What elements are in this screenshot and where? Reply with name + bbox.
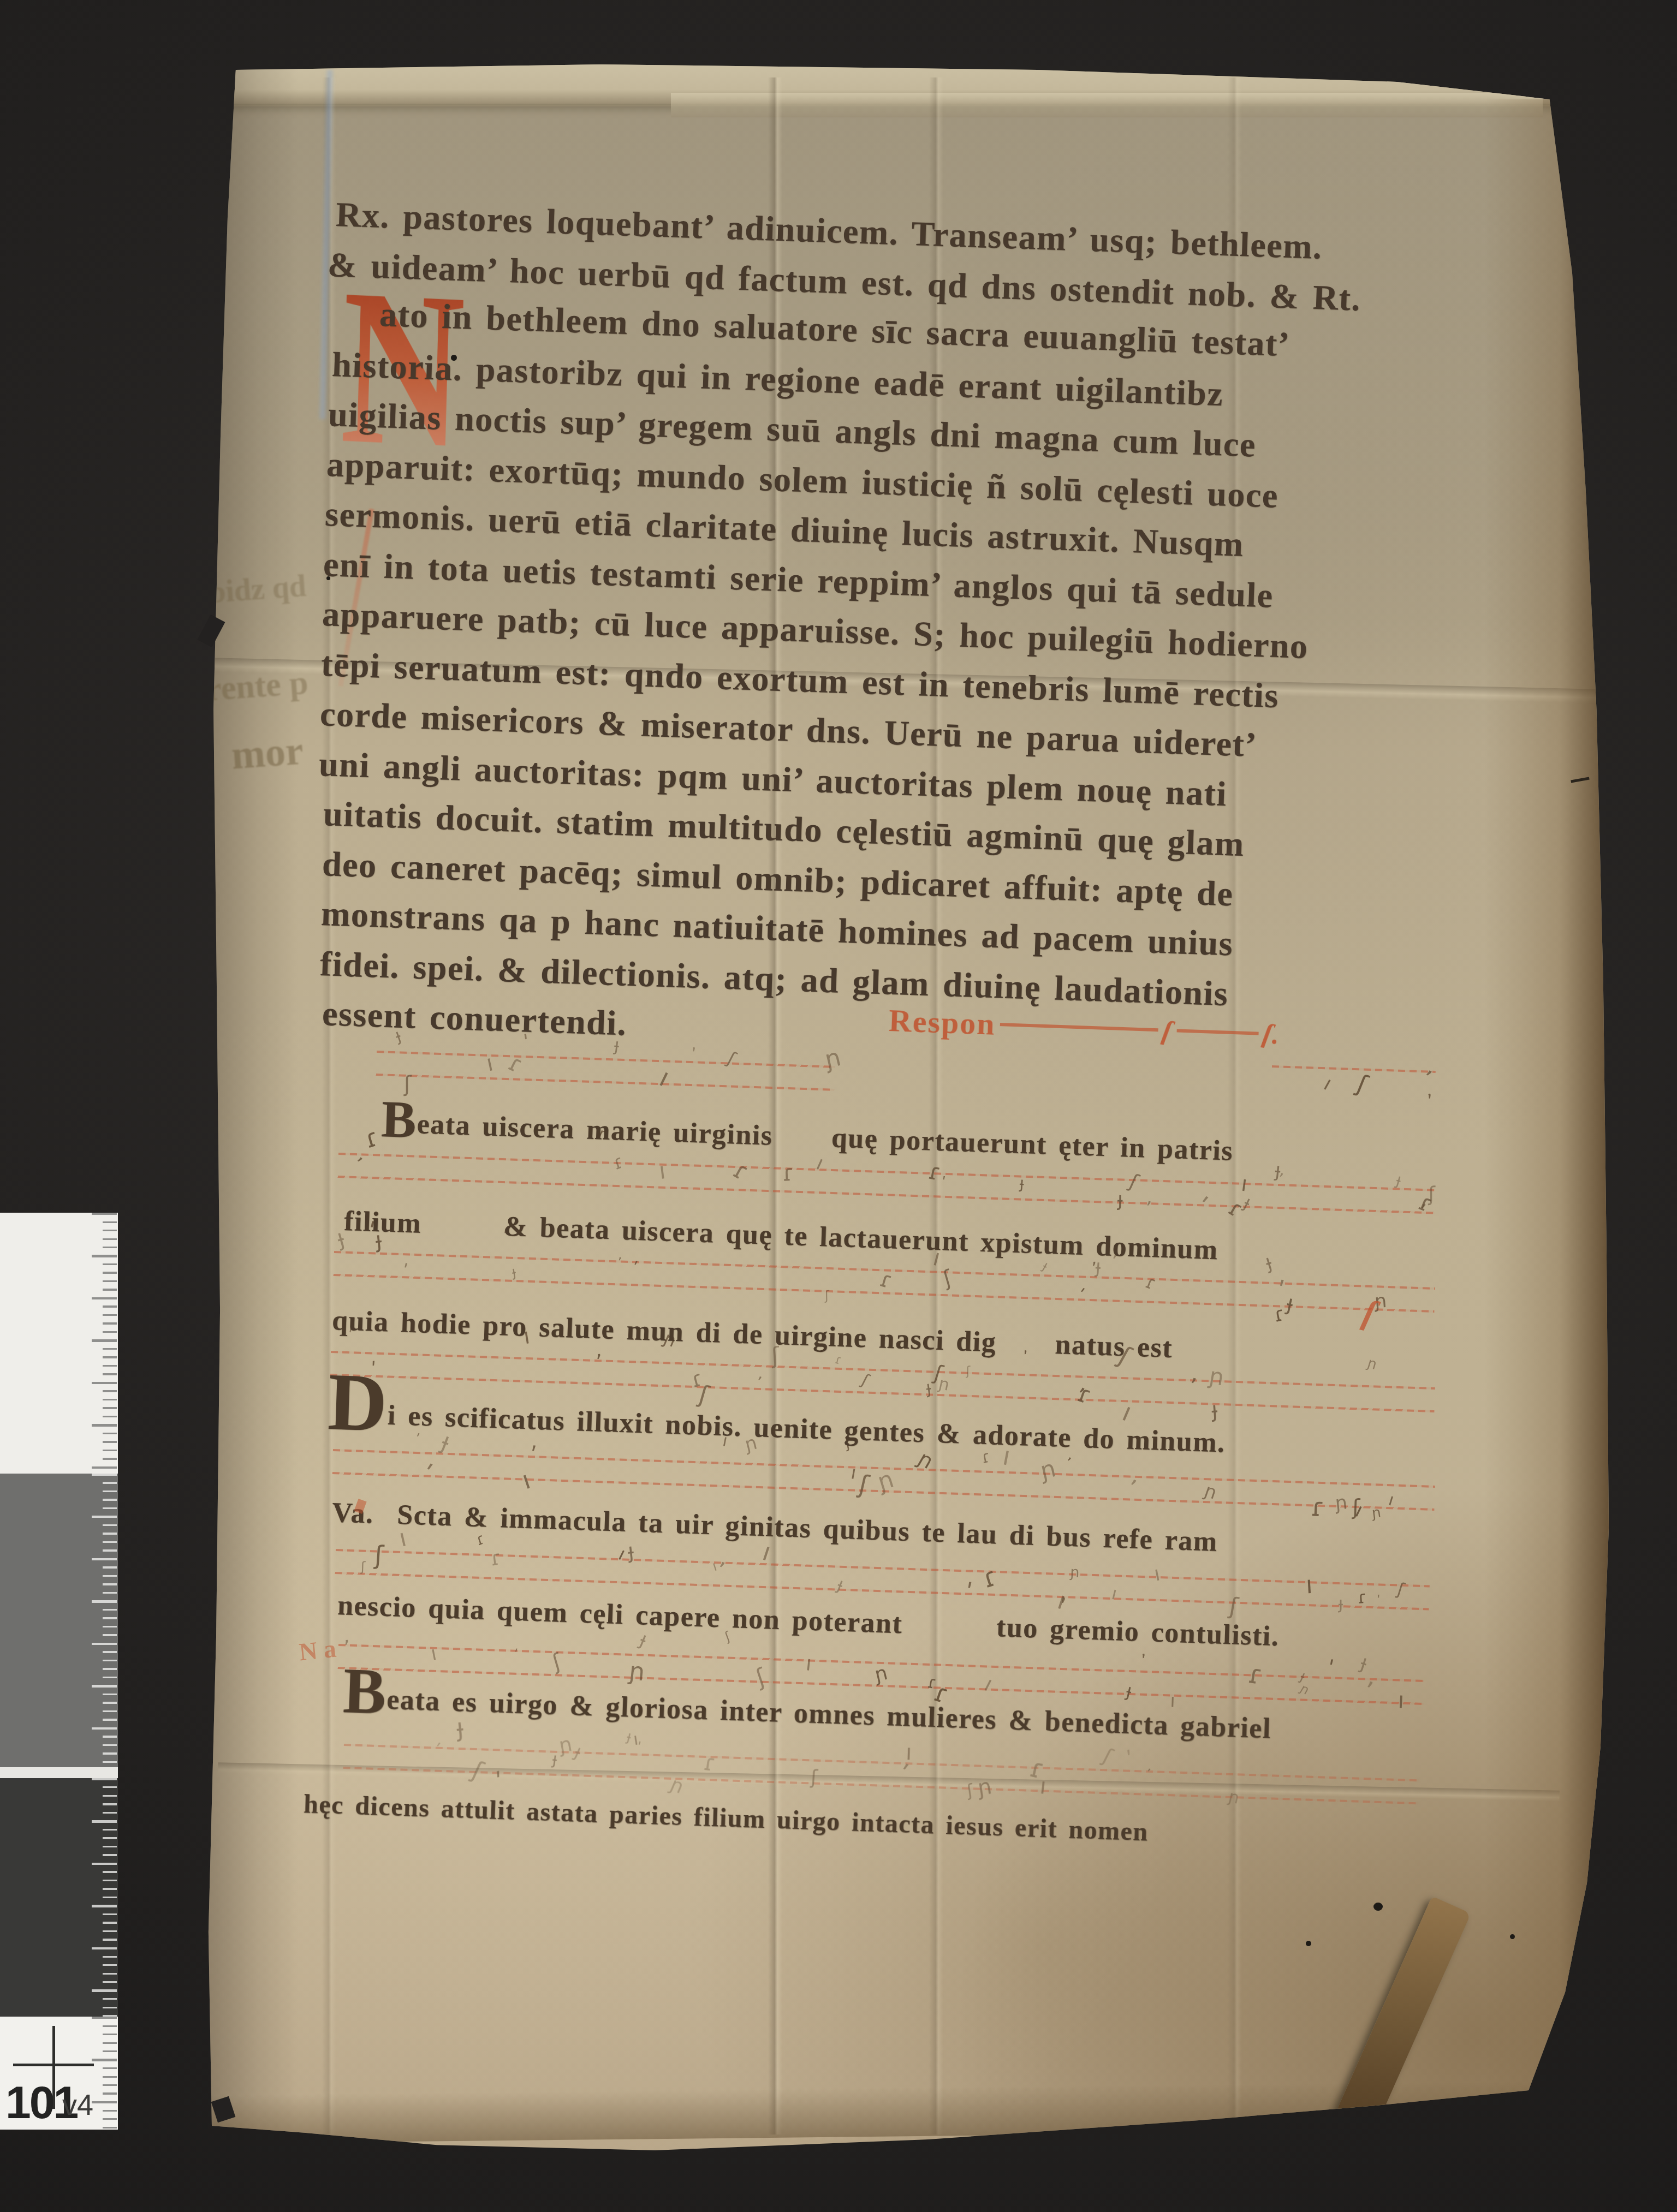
neume-mark: ɟ [1117,1190,1123,1209]
top-fold-edge [201,57,1560,104]
neume-mark: ɟ [1019,1175,1025,1191]
neume-mark: ʃ [753,1666,768,1690]
rubric-flourish: ſ. [1260,1017,1284,1051]
neume-mark: ʼ [1063,1456,1073,1471]
neume-mark: ʃ [966,1782,974,1799]
music-staff-system: ʃıɟɲɾıɟʃʼʹ [376,1051,835,1099]
neume-mark: ɟ [1211,1399,1218,1421]
neume-mark: ʃ [469,1757,486,1783]
neume-mark: ɲ [1334,1493,1348,1513]
neume-mark: ɾ [1144,1273,1159,1293]
neume-mark: ʃ [825,1289,830,1302]
neume-mark: ɲ [557,1734,574,1756]
neume-mark: ʼ [1144,1767,1152,1780]
neume-mark: ʃ [857,1471,871,1498]
wormhole [1510,1934,1515,1939]
wormhole [1373,1903,1383,1911]
neume-mark: ı [1305,1572,1313,1597]
prose-line-17: essent conuertendi. [322,993,627,1044]
neume-mark: ʃ [361,1560,366,1573]
neume-mark: ʃ [1127,1171,1141,1192]
neume-mark: ɲ [1070,1565,1080,1581]
neume-mark: ɾ [362,1124,382,1152]
neume-mark: ɟ [1339,1595,1343,1612]
neume-mark: ı [1170,1692,1176,1710]
neume-mark: ɾ [878,1268,895,1292]
ruler-ticks [92,1474,117,1767]
vertical-crease [1228,77,1242,2135]
right-edge-stain [1484,99,1610,2112]
ruler-separator [0,1767,118,1778]
neume-mark: ʹ [1125,1749,1137,1770]
neume-mark: ɲ [1203,1481,1220,1502]
ruler-ticks [92,1213,117,1474]
neume-mark: ɲ [628,1659,646,1685]
chant-initial-letter: D [328,1402,388,1404]
edge-stitch-mark [1571,777,1589,783]
wormhole [1306,1941,1311,1946]
neume-mark: ɲ [1227,1788,1241,1807]
neume-mark: ʃ [725,1049,739,1068]
chant-initial-letter: B [343,1691,387,1692]
neume-mark: ʼ [1140,1651,1150,1670]
neume-mark: ɟ [1263,1251,1274,1272]
neume-mark: ʼ [595,1352,604,1374]
photo-background: N Respon ſ ſ. Rx. pastores loquebant’ ad… [0,0,1677,2212]
neume-mark: ʃ [1100,1745,1116,1767]
neume-mark: ɲ [873,1664,890,1685]
ruler-ticks [92,2017,117,2130]
neume-mark: ʹ [513,1648,519,1661]
ink-speck [326,576,330,580]
neume-mark: ɲ [1038,1457,1058,1483]
ruler-ticks [92,1778,117,2017]
neume-mark: ʹ [942,1176,946,1190]
neume-mark: ʼ [1187,1375,1198,1399]
neume-mark: ʃ [941,1267,954,1290]
neume-mark: ɾ [979,1564,1000,1592]
neume-mark: ʹ [1328,1659,1335,1680]
neume-mark: ʹ [1277,1278,1286,1304]
neume-mark: ʹ [414,1433,421,1446]
neume-mark: ɾ [927,1160,943,1184]
neume-mark: ɟ [551,1751,558,1768]
neume-mark: ɟ [626,1730,633,1744]
chant-initial-letter: B [381,1119,417,1120]
neume-mark: ı [1397,1689,1405,1712]
top-fold-underleaf [671,93,1543,117]
registration-cross-horizontal [13,2064,94,2066]
neume-mark: ʃ [1228,1595,1240,1619]
neume-mark: ı [805,1653,812,1674]
marginal-note: bidz qd [207,569,307,610]
staff-line [338,1153,1435,1191]
marginal-note: rente p [205,664,310,709]
neume-mark: ɾ [1246,1661,1264,1689]
neume-mark: ʼ [1425,1092,1438,1112]
shelfmark-version: v4 [62,2088,93,2122]
neume-mark: ɾ [729,1158,752,1185]
neume-mark: ʃ [966,1366,970,1378]
neume-mark: ɲ [822,1045,843,1072]
neume-mark: ı [1119,1399,1135,1426]
neume-mark: ɾ [1310,1494,1325,1521]
neume-mark: ʼ [617,1256,622,1269]
marginal-note: mor [230,728,305,779]
neume-mark: ʼ [349,1154,365,1175]
ink-speck [451,355,457,361]
red-margin-letters: N a [298,1637,337,1665]
neume-mark: ʃ [1395,1580,1406,1599]
manuscript-page: N Respon ſ ſ. Rx. pastores loquebant’ ad… [0,0,1677,2212]
neume-mark: ʃ [1429,1184,1436,1204]
neume-mark: ʃ [859,1372,871,1389]
neume-mark: ʹ [1074,1287,1086,1304]
staff-line [337,1176,1434,1214]
neume-mark: ɟ [1285,1292,1295,1314]
neume-mark: ı [658,1159,667,1183]
neume-mark: ɲ [976,1775,994,1799]
left-edge-shadow [206,67,299,2146]
neume-mark: ɟ [637,1630,650,1650]
neume-mark: ɲ [1371,1505,1382,1521]
neume-mark: ɟ [1395,1172,1404,1188]
neume-mark: ɲ [1366,1356,1379,1372]
neume-mark: ɾ [1357,1589,1367,1607]
neume-mark: ɟ [1358,1652,1370,1673]
neume-mark: ʹ [966,1581,973,1605]
rubric-flourish: ſ [1160,1013,1175,1046]
neume-mark: ɲ [1298,1683,1311,1697]
neume-mark: ʃ [1354,1071,1371,1096]
neume-mark: ɾ [782,1162,794,1185]
neume-mark: ı [1387,1492,1396,1509]
rubric-rule [1177,1029,1259,1035]
staff-line [376,1074,834,1091]
neume-mark: ɾ [834,1354,843,1367]
neume-mark: ɟ [1125,1681,1133,1700]
neume-mark: ʃ [1352,1496,1360,1518]
neume-mark: ʃ [810,1768,818,1788]
rubric-label: Respon [888,1002,996,1042]
neume-mark: ɟ [511,1265,518,1280]
neume-mark: ʹ [1377,1595,1382,1607]
vertical-crease [322,77,336,2135]
neume-mark: ı [1152,1563,1162,1584]
neume-mark: ɾ [702,1751,717,1775]
neume-mark: ı [1321,1074,1335,1094]
neume-mark: ʹ [1192,1194,1210,1220]
neume-mark: ʹ [431,1742,442,1758]
neume-mark: ɲ [1208,1364,1226,1390]
neume-mark: ʃ [550,1650,563,1673]
neume-mark: ɟ [455,1715,465,1740]
neume-mark: ʹ [529,1445,538,1468]
neume-mark: ı [656,1065,673,1091]
staff-line [331,1351,1435,1390]
music-staff-system: ʼʃʼı [1271,1065,1436,1104]
neume-mark: ʹ [894,1761,911,1787]
neume-mark: ʃ [374,1542,384,1569]
bottom-edge-stain [210,2081,1535,2144]
staff-line [1272,1065,1436,1073]
neume-mark: ɾ [1075,1382,1095,1408]
rubric-rule [1000,1023,1158,1032]
neume-mark: ɟ [1040,1259,1050,1272]
staff-line [377,1051,835,1068]
staff-line [344,1744,1419,1781]
neume-mark: ʼ [1123,1476,1138,1501]
neume-mark: ɾ [489,1548,502,1569]
neume-mark: ı [981,1673,996,1695]
calibration-ruler: 101 v4 [0,1213,118,2130]
parchment-repair-tab [1336,1896,1471,2128]
